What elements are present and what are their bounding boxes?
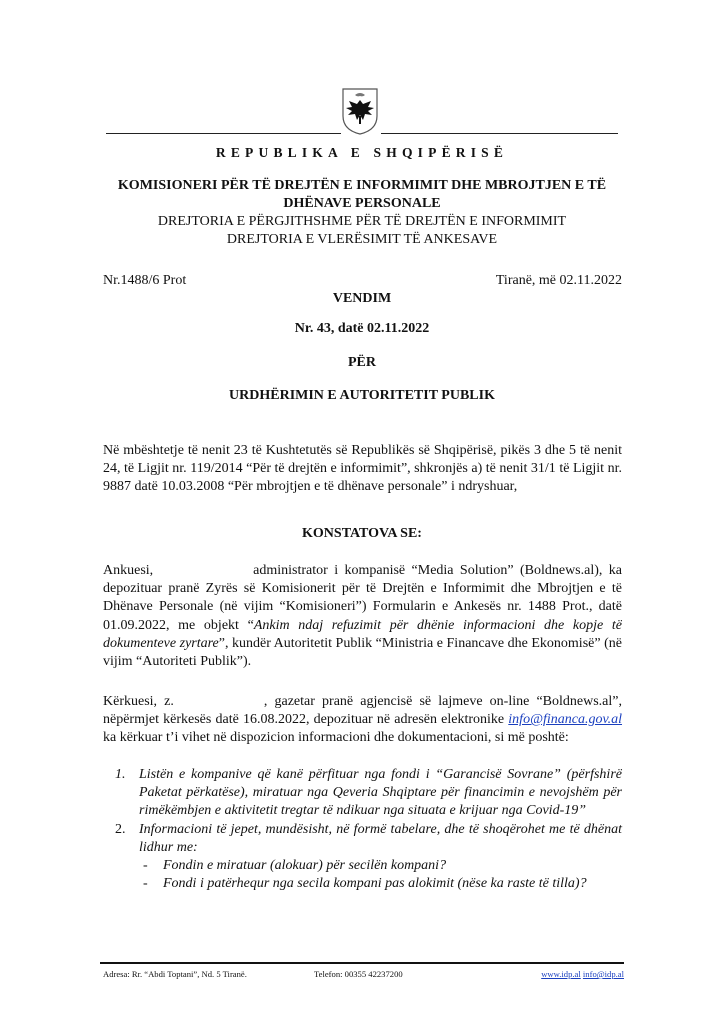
- institution-header: KOMISIONERI PËR TË DREJTËN E INFORMIMIT …: [100, 177, 624, 249]
- list-item: 1. Listën e kompanive që kanë përfituar …: [103, 766, 622, 821]
- sub-list-item: - Fondin e miratuar (alokuar) për secilë…: [103, 857, 622, 875]
- dash-bullet: -: [143, 875, 148, 893]
- section-title: KONSTATOVA SE:: [0, 526, 724, 542]
- protocol-number: Nr.1488/6 Prot: [103, 273, 186, 289]
- decision-for: PËR: [0, 355, 724, 371]
- list-item-number: 2.: [115, 821, 126, 839]
- decision-number: Nr. 43, datë 02.11.2022: [0, 321, 724, 337]
- footer-address: Adresa: Rr. “Abdi Toptani”, Nd. 5 Tiranë…: [103, 969, 247, 979]
- commissioner-line-1: KOMISIONERI PËR TË DREJTËN E INFORMIMIT …: [100, 177, 624, 195]
- sub-list-item-text: Fondin e miratuar (alokuar) për secilën …: [163, 858, 446, 873]
- republic-title: REPUBLIKA E SHQIPËRISË: [0, 145, 724, 161]
- commissioner-line-2: DHËNAVE PERSONALE: [100, 195, 624, 213]
- place-date: Tiranë, më 02.11.2022: [496, 273, 622, 289]
- header-rule-left: [106, 133, 341, 134]
- footer-website-link[interactable]: www.idp.al: [541, 969, 581, 979]
- footer-links: www.idp.al info@idp.al: [541, 969, 624, 979]
- list-item-text: Listën e kompanive që kanë përfituar nga…: [139, 767, 622, 818]
- list-item-number: 1.: [115, 766, 126, 784]
- header-rule-right: [381, 133, 618, 134]
- request-text-2: ka kërkuar t’i vihet në dispozicion info…: [103, 730, 569, 745]
- request-email-link[interactable]: info@financa.gov.al: [508, 712, 622, 727]
- list-item-text: Informacioni të jepet, mundësisht, në fo…: [139, 822, 622, 855]
- dash-bullet: -: [143, 857, 148, 875]
- sub-list-item: - Fondi i patërhequr nga secila kompani …: [103, 875, 622, 893]
- complaint-paragraph: Ankuesi,administrator i kompanisë “Media…: [103, 562, 622, 671]
- request-list: 1. Listën e kompanive që kanë përfituar …: [103, 766, 622, 893]
- footer-email-link[interactable]: info@idp.al: [583, 969, 624, 979]
- directorate-complaints: DREJTORIA E VLERËSIMIT TË ANKESAVE: [100, 231, 624, 249]
- request-paragraph: Kërkuesi, z., gazetar pranë agjencisë së…: [103, 693, 622, 748]
- footer-rule: [100, 962, 624, 964]
- decision-title: VENDIM: [0, 291, 724, 307]
- complaint-lead: Ankuesi,: [103, 563, 153, 578]
- request-lead: Kërkuesi, z.: [103, 694, 174, 709]
- sub-list-item-text: Fondi i patërhequr nga secila kompani pa…: [163, 876, 587, 891]
- legal-basis-paragraph: Në mbështetje të nenit 23 të Kushtetutës…: [103, 442, 622, 497]
- decision-subject: URDHËRIMIN E AUTORITETIT PUBLIK: [0, 388, 724, 404]
- document-page: REPUBLIKA E SHQIPËRISË KOMISIONERI PËR T…: [0, 0, 724, 1024]
- footer-phone: Telefon: 00355 42237200: [314, 969, 403, 979]
- list-item: 2. Informacioni të jepet, mundësisht, në…: [103, 821, 622, 857]
- albanian-coat-of-arms-icon: [340, 86, 380, 136]
- directorate-general: DREJTORIA E PËRGJITHSHME PËR TË DREJTËN …: [100, 213, 624, 231]
